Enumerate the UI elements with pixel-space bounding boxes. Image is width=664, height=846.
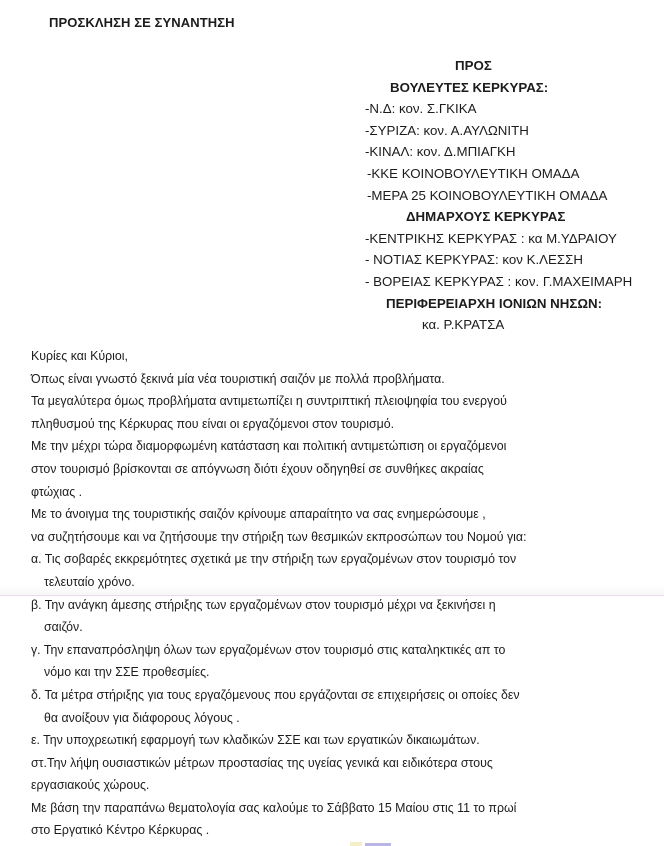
recipient-group-mps: ΒΟΥΛΕΥΤΕΣ ΚΕΡΚΥΡΑΣ:: [362, 77, 662, 99]
body-line: πληθυσμού της Κέρκυρας που είναι οι εργα…: [31, 413, 617, 436]
letter-body: Κυρίες και Κύριοι, Όπως είναι γνωστό ξεκ…: [31, 345, 661, 842]
closing-location: στο Εργατικό Κέντρο Κέρκυρας .: [31, 819, 617, 842]
recipient-item: -ΚΕΝΤΡΙΚΗΣ ΚΕΡΚΥΡΑΣ : κα Μ.ΥΔΡΑΙΟΥ: [362, 228, 662, 250]
recipient-group-regional-governor: ΠΕΡΙΦΕΡΕΙΑΡΧΗ ΙΟΝΙΩΝ ΝΗΣΩΝ:: [362, 293, 662, 315]
list-item-beta: β. Την ανάγκη άμεσης στήριξης των εργαζο…: [31, 594, 617, 617]
stamp-fragment: [350, 842, 362, 846]
list-item-epsilon: ε. Την υποχρεωτική εφαρμογή των κλαδικών…: [31, 729, 617, 752]
recipient-item: κα. Ρ.ΚΡΑΤΣΑ: [362, 314, 662, 336]
list-item-continuation: σαιζόν.: [31, 616, 617, 639]
body-line: Με το άνοιγμα της τουριστικής σαιζόν κρί…: [31, 503, 617, 526]
recipients-block: ΠΡΟΣ ΒΟΥΛΕΥΤΕΣ ΚΕΡΚΥΡΑΣ: -Ν.Δ: κον. Σ.ΓΚ…: [362, 55, 662, 336]
recipient-item: -ΣΥΡΙΖΑ: κον. Α.ΑΥΛΩΝΙΤΗ: [362, 120, 662, 142]
body-line: να συζητήσουμε και να ζητήσουμε την στήρ…: [31, 526, 617, 549]
salutation: Κυρίες και Κύριοι,: [31, 345, 617, 368]
list-item-delta: δ. Τα μέτρα στήριξης για τους εργαζόμενο…: [31, 684, 617, 707]
body-line: στον τουρισμό βρίσκονται σε απόγνωση διό…: [31, 458, 617, 481]
body-line: Όπως είναι γνωστό ξεκινά μία νέα τουριστ…: [31, 368, 617, 391]
recipient-item: -ΚΙΝΑΛ: κον. Δ.ΜΠΙΑΓΚΗ: [362, 141, 662, 163]
recipient-item: -ΚΚΕ ΚΟΙΝΟΒΟΥΛΕΥΤΙΚΗ ΟΜΑΔΑ: [362, 163, 662, 185]
scanned-letter-page: ΠΡΟΣΚΛΗΣΗ ΣΕ ΣΥΝΑΝΤΗΣΗ ΠΡΟΣ ΒΟΥΛΕΥΤΕΣ ΚΕ…: [0, 0, 664, 846]
list-item-alpha: α. Τις σοβαρές εκκρεμότητες σχετικά με τ…: [31, 548, 617, 571]
recipient-item: - ΒΟΡΕΙΑΣ ΚΕΡΚΥΡΑΣ : κον. Γ.ΜΑΧΕΙΜΑΡΗ: [362, 271, 662, 293]
body-line: Με την μέχρι τώρα διαμορφωμένη κατάσταση…: [31, 435, 617, 458]
recipient-item: -ΜΕΡΑ 25 ΚΟΙΝΟΒΟΥΛΕΥΤΙΚΗ ΟΜΑΔΑ: [362, 185, 662, 207]
list-item-gamma: γ. Την επαναπρόσληψη όλων των εργαζομένω…: [31, 639, 617, 662]
recipient-group-mayors: ΔΗΜΑΡΧΟΥΣ ΚΕΡΚΥΡΑΣ: [362, 206, 662, 228]
body-line: Τα μεγαλύτερα όμως προβλήματα αντιμετωπί…: [31, 390, 617, 413]
list-item-continuation: θα ανοίξουν για διάφορους λόγους .: [31, 707, 617, 730]
document-title: ΠΡΟΣΚΛΗΣΗ ΣΕ ΣΥΝΑΝΤΗΣΗ: [49, 15, 235, 30]
recipient-item: -Ν.Δ: κον. Σ.ΓΚΙΚΑ: [362, 98, 662, 120]
recipient-item: - ΝΟΤΙΑΣ ΚΕΡΚΥΡΑΣ: κον Κ.ΛΕΣΣΗ: [362, 249, 662, 271]
body-line: φτώχιας .: [31, 481, 617, 504]
list-item-continuation: νόμο και την ΣΣΕ προθεσμίες.: [31, 661, 617, 684]
recipient-heading-pros: ΠΡΟΣ: [362, 55, 662, 77]
list-item-continuation: τελευταίο χρόνο.: [31, 571, 617, 594]
list-item-continuation: εργασιακούς χώρους.: [31, 774, 617, 797]
list-item-stigma: στ.Την λήψη ουσιαστικών μέτρων προστασία…: [31, 752, 617, 775]
closing-invitation: Με βάση την παραπάνω θεματολογία σας καλ…: [31, 797, 617, 820]
